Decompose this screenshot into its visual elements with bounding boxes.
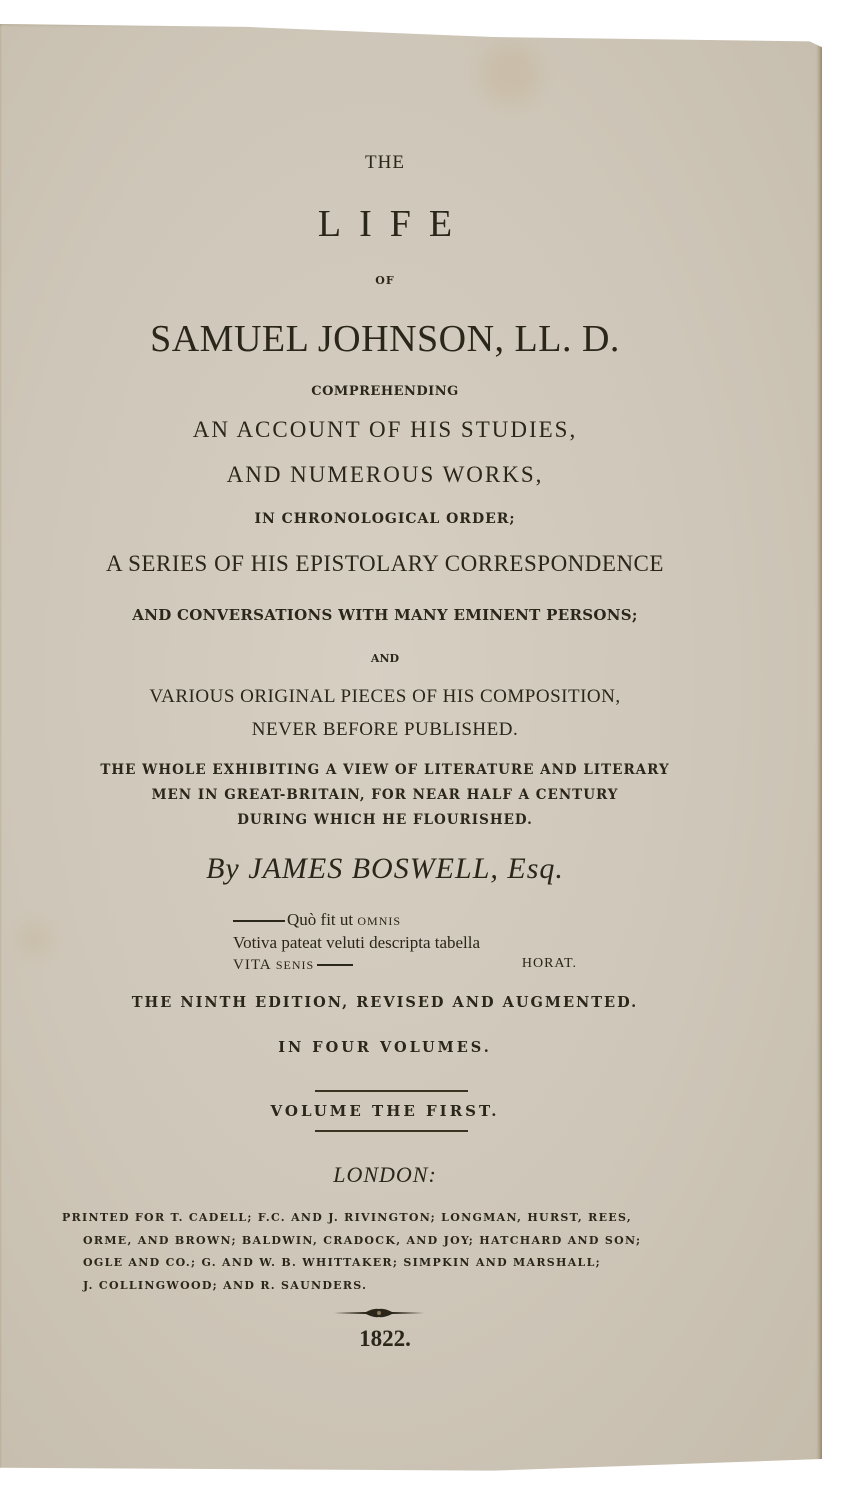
various-line: VARIOUS ORIGINAL PIECES OF HIS COMPOSITI… bbox=[0, 686, 770, 708]
em-dash-rule bbox=[233, 920, 285, 922]
author-suffix: Esq. bbox=[507, 852, 564, 885]
motto-line-3: Vita senis Horat. bbox=[233, 953, 593, 976]
subject-name: SAMUEL JOHNSON, LL. D. bbox=[0, 317, 770, 361]
volume-number: VOLUME THE FIRST. bbox=[0, 1102, 770, 1120]
whole-line-3: DURING WHICH HE FLOURISHED. bbox=[0, 812, 770, 828]
publication-place: LONDON: bbox=[0, 1162, 770, 1188]
edition-line: THE NINTH EDITION, REVISED AND AUGMENTED… bbox=[0, 994, 770, 1011]
paper-stain bbox=[480, 44, 540, 104]
motto-line-2: Votiva pateat veluti descripta tabella bbox=[233, 932, 593, 953]
imprint-line-3: OGLE AND CO.; G. AND W. B. WHITTAKER; SI… bbox=[62, 1252, 702, 1275]
author-line: By JAMES BOSWELL, Esq. bbox=[0, 852, 770, 886]
volumes-line: IN FOUR VOLUMES. bbox=[0, 1039, 770, 1056]
ornament-icon bbox=[334, 1308, 424, 1318]
and-label: AND bbox=[0, 652, 770, 665]
em-dash-rule bbox=[317, 964, 353, 966]
whole-line-2: MEN IN GREAT-BRITAIN, FOR NEAR HALF A CE… bbox=[0, 787, 770, 803]
title-of: OF bbox=[0, 274, 770, 287]
motto-vita: Vita bbox=[233, 957, 272, 973]
motto-senis: senis bbox=[276, 958, 314, 972]
series-line: A SERIES OF HIS EPISTOLARY CORRESPONDENC… bbox=[0, 551, 770, 577]
divider-rule bbox=[315, 1130, 468, 1132]
conversations-line: AND CONVERSATIONS WITH MANY EMINENT PERS… bbox=[0, 606, 770, 624]
motto-smallcaps: omnis bbox=[357, 914, 401, 928]
imprint-line-4: J. COLLINGWOOD; AND R. SAUNDERS. bbox=[62, 1275, 702, 1298]
motto-text: Quò fit ut bbox=[287, 910, 353, 929]
author-name: JAMES BOSWELL, bbox=[248, 852, 499, 885]
whole-line-1: THE WHOLE EXHIBITING A VIEW OF LITERATUR… bbox=[0, 762, 770, 778]
imprint-line-2: ORME, AND BROWN; BALDWIN, CRADOCK, AND J… bbox=[62, 1230, 702, 1253]
imprint: PRINTED FOR T. CADELL; F.C. AND J. RIVIN… bbox=[62, 1207, 702, 1297]
title-the: THE bbox=[0, 152, 770, 174]
imprint-line-1: PRINTED FOR T. CADELL; F.C. AND J. RIVIN… bbox=[62, 1207, 702, 1230]
chronological-line: IN CHRONOLOGICAL ORDER; bbox=[0, 511, 770, 527]
motto-attribution: Horat. bbox=[522, 953, 577, 974]
divider-rule bbox=[315, 1090, 468, 1092]
publication-year: 1822. bbox=[0, 1326, 770, 1352]
motto-line-1: Quò fit ut omnis bbox=[233, 909, 593, 932]
comprehending-label: COMPREHENDING bbox=[0, 384, 770, 399]
works-line: AND NUMEROUS WORKS, bbox=[0, 462, 770, 488]
account-line: AN ACCOUNT OF HIS STUDIES, bbox=[0, 417, 770, 443]
title-life: LIFE bbox=[0, 202, 770, 246]
never-published-line: NEVER BEFORE PUBLISHED. bbox=[0, 719, 770, 741]
author-by: By bbox=[206, 852, 240, 885]
title-page: THE LIFE OF SAMUEL JOHNSON, LL. D. COMPR… bbox=[0, 24, 822, 1475]
paper-stain bbox=[20, 924, 50, 954]
latin-motto: Quò fit ut omnis Votiva pateat veluti de… bbox=[233, 909, 593, 976]
